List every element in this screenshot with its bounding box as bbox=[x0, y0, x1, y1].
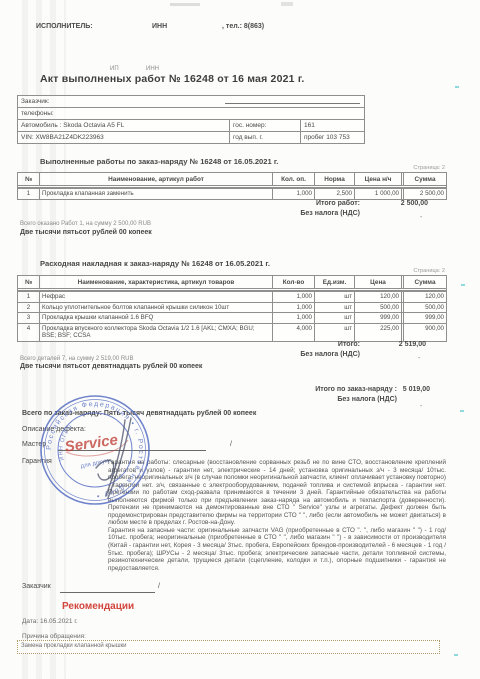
cell-name: Прокладка крышки клапанной 1.6 BFQ bbox=[39, 313, 272, 323]
slash-mark: / bbox=[230, 441, 232, 448]
parts-amount-words: Две тысячи пятьсот девятнадцать рублей 0… bbox=[20, 363, 202, 370]
client-row: Заказчик: bbox=[18, 96, 364, 107]
col-header: Цена bbox=[354, 276, 401, 288]
cell-price: 500,00 bbox=[354, 303, 401, 313]
cell-sum: 900,00 bbox=[401, 324, 446, 341]
cell-unit: шт bbox=[314, 313, 354, 323]
parts-no-tax-label: Без налога (НДС) bbox=[255, 351, 360, 358]
cell-sum: 999,00 bbox=[401, 313, 446, 323]
date-line: Дата: 16.05.2021 г. bbox=[22, 618, 78, 625]
cell-num: 3 bbox=[18, 313, 39, 323]
cell-num: 1 bbox=[18, 292, 39, 302]
stamp-service-text: Service bbox=[64, 431, 119, 455]
col-header: Наименование, характеристика, артикул то… bbox=[39, 276, 272, 288]
col-header: Ед.изм. bbox=[314, 276, 354, 288]
phones-row: телефоны: bbox=[18, 107, 364, 119]
parts-table-row: 1 Нефрас 1,000 шт 120,00 120,00 bbox=[18, 291, 446, 302]
year-label: год вып. г. bbox=[229, 132, 300, 143]
dash-mark: - bbox=[420, 403, 422, 410]
scan-artifact bbox=[460, 410, 464, 412]
scan-artifact bbox=[170, 3, 200, 6]
col-header: № bbox=[18, 173, 39, 185]
cell-name: Нефрас bbox=[39, 292, 272, 302]
phones-label: телефоны: bbox=[18, 108, 364, 119]
cell-num: 2 bbox=[18, 303, 39, 313]
ip-inn-label: ИНН bbox=[146, 66, 159, 72]
parts-total-value: 2 519,00 bbox=[368, 341, 426, 348]
works-table-row: 1 Прокладка клапанная заменить 1,000 2,5… bbox=[18, 188, 446, 199]
cell-sum: 120,00 bbox=[401, 292, 446, 302]
executor-tel-label: , тел.: 8(863) bbox=[222, 22, 264, 31]
cell-norm: 2,500 bbox=[314, 189, 354, 199]
cell-unit: шт bbox=[314, 324, 354, 341]
mileage-value: пробег 103 753 bbox=[300, 132, 364, 143]
stamp-inner-small-text: для докум bbox=[80, 458, 109, 470]
scan-artifact bbox=[454, 654, 458, 656]
works-table-header: № Наименование, артикул работ Кол. оп. Н… bbox=[18, 173, 446, 188]
parts-table-row: 3 Прокладка крышки клапанной 1.6 BFQ 1,0… bbox=[18, 312, 446, 323]
parts-summary-line: Всего деталей 7, на сумму 2 519,00 RUB bbox=[20, 356, 134, 362]
gos-number-value: 161 bbox=[300, 120, 364, 131]
cell-price: 1 000,00 bbox=[354, 189, 401, 199]
works-no-tax-label: Без налога (НДС) bbox=[255, 210, 360, 217]
scanned-act-document: ИСПОЛНИТЕЛЬ: ИНН , тел.: 8(863) ИП ИНН А… bbox=[0, 0, 480, 679]
col-header: Сумма bbox=[401, 276, 446, 288]
cell-qty: 4,000 bbox=[272, 324, 314, 341]
executor-label: ИСПОЛНИТЕЛЬ: bbox=[36, 22, 93, 31]
document-title: Акт выполненых работ № 16248 от 16 мая 2… bbox=[40, 73, 304, 85]
works-total-value: 2 500,00 bbox=[368, 200, 428, 207]
warranty-text: Гарантия на работы: слесарные (восстанов… bbox=[108, 459, 446, 572]
customer-signature-line bbox=[60, 592, 155, 593]
cell-price: 120,00 bbox=[354, 292, 401, 302]
stamp-red-flourish bbox=[66, 440, 128, 456]
customer-name-line bbox=[225, 103, 360, 104]
scan-artifact bbox=[281, 2, 293, 6]
cell-name: Кольцо уплотнительное болтов клапанной к… bbox=[39, 303, 272, 313]
vin-value: VIN: XW8BA21Z4DK223963 bbox=[18, 132, 229, 143]
ip-label: ИП bbox=[110, 66, 119, 72]
vin-row: VIN: XW8BA21Z4DK223963 год вып. г. пробе… bbox=[18, 131, 364, 143]
reason-value-box: Замена прокладки клапанной крышки bbox=[17, 640, 440, 654]
col-header: № bbox=[18, 276, 39, 288]
master-label: Мастер bbox=[22, 441, 46, 448]
works-page-note: Страница: 2 bbox=[385, 165, 445, 171]
cell-price: 999,00 bbox=[354, 313, 401, 323]
col-header: Цена н/ч bbox=[354, 173, 401, 185]
col-header: Кол-во bbox=[272, 276, 314, 288]
parts-table-row: 2 Кольцо уплотнительное болтов клапанной… bbox=[18, 302, 446, 313]
cell-unit: шт bbox=[314, 303, 354, 313]
scan-artifact bbox=[455, 86, 459, 88]
cell-qty: 1,000 bbox=[272, 189, 314, 199]
car-label: Автомобиль : Skoda Octavia A5 FL bbox=[18, 120, 229, 131]
works-summary-line: Всего оказано Работ 1, на сумму 2 500,00… bbox=[20, 221, 151, 227]
executor-inn-label: ИНН bbox=[152, 22, 167, 31]
cell-price: 225,00 bbox=[354, 324, 401, 341]
parts-table: № Наименование, характеристика, артикул … bbox=[17, 275, 447, 342]
order-total-value: 5 019,00 bbox=[372, 386, 430, 393]
col-header: Наименование, артикул работ bbox=[39, 173, 272, 185]
reason-label: Причина обращения: bbox=[22, 633, 86, 640]
cell-sum: 500,00 bbox=[401, 303, 446, 313]
order-no-tax-label: Без налога (НДС) bbox=[270, 396, 397, 403]
cell-num: 4 bbox=[18, 324, 39, 341]
slash-mark: / bbox=[158, 583, 160, 590]
parts-table-header: № Наименование, характеристика, артикул … bbox=[18, 276, 446, 291]
col-header: Кол. оп. bbox=[272, 173, 314, 185]
cell-qty: 1,000 bbox=[272, 303, 314, 313]
customer-sign-label: Заказчик bbox=[22, 583, 51, 590]
works-total-label: Итого работ: bbox=[255, 200, 360, 207]
gos-number-label: гос. номер: bbox=[229, 120, 300, 131]
cell-num: 1 bbox=[18, 189, 39, 199]
parts-page-note: Страница: 2 bbox=[385, 268, 445, 274]
col-header: Сумма bbox=[401, 173, 446, 185]
customer-label: Заказчик: bbox=[18, 96, 364, 107]
works-table: № Наименование, артикул работ Кол. оп. Н… bbox=[17, 172, 447, 200]
col-header: Норма bbox=[314, 173, 354, 185]
parts-total-label: Итого: bbox=[255, 341, 360, 348]
warranty-label: Гарантия bbox=[22, 458, 52, 465]
cell-qty: 1,000 bbox=[272, 292, 314, 302]
cell-unit: шт bbox=[314, 292, 354, 302]
cell-name: Прокладка клапанная заменить bbox=[39, 189, 272, 199]
works-amount-words: Две тысячи пятьсот рублей 00 копеек bbox=[20, 229, 152, 236]
parts-table-row: 4 Прокладка впускного коллектора Skoda O… bbox=[18, 323, 446, 341]
car-row: Автомобиль : Skoda Octavia A5 FL гос. но… bbox=[18, 119, 364, 131]
dash-mark: - bbox=[420, 214, 422, 221]
order-grand-words: Всего по заказ-наряду: Пять тысяч девятн… bbox=[22, 410, 256, 417]
cell-name: Прокладка впускного коллектора Skoda Oct… bbox=[39, 324, 272, 341]
works-section-title: Выполненные работы по заказ-наряду № 162… bbox=[40, 157, 278, 166]
cell-qty: 1,000 bbox=[272, 313, 314, 323]
defect-label: Описание дефекта: bbox=[22, 426, 86, 433]
dash-mark: - bbox=[418, 355, 420, 362]
scan-artifact bbox=[461, 284, 465, 286]
master-signature-line bbox=[58, 450, 206, 451]
recommendations-title: Рекомендации bbox=[62, 601, 134, 612]
parts-section-title: Расходная накладная к заказ-наряду № 162… bbox=[40, 259, 270, 268]
cell-sum: 2 500,00 bbox=[401, 189, 446, 199]
